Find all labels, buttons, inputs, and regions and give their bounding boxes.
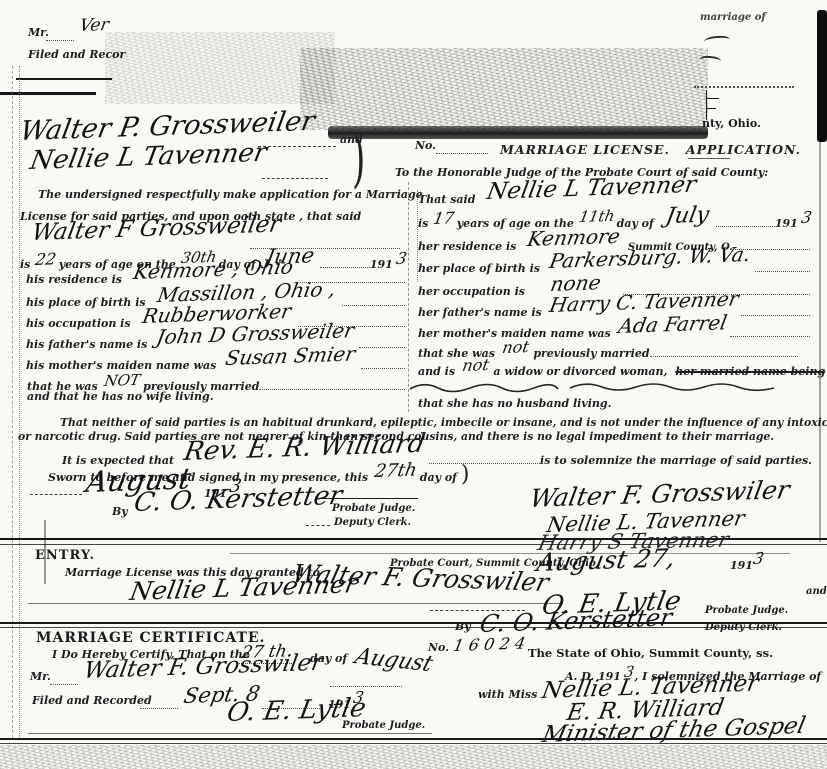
row-fill <box>730 322 810 337</box>
form-row-bride-mother: her mother's maiden name was Ada Farrel <box>418 320 810 340</box>
names-bracket: ) <box>352 122 365 195</box>
cert-filed-label: Filed and Recorded <box>32 694 152 707</box>
cert-judge-label: Probate Judge. <box>342 720 425 731</box>
that-said-label: That said <box>418 193 475 206</box>
entry-judge-label: Probate Judge. <box>705 605 788 616</box>
corner-tick-2 <box>706 108 716 109</box>
cert-no-label: No. <box>428 641 449 654</box>
scan-edge-line <box>819 142 821 542</box>
row-label: her place of birth is <box>418 262 540 275</box>
prev-fill <box>650 342 798 357</box>
age-fill <box>716 212 775 227</box>
header-bride-line <box>262 176 328 179</box>
widow-pre: and is <box>418 365 455 378</box>
entry-border-top-1 <box>0 538 827 540</box>
row-label: his occupation is <box>26 317 131 330</box>
margin-line-2 <box>19 66 20 738</box>
margin-line-1 <box>12 66 13 738</box>
widow-post: a widow or divorced woman, <box>493 365 667 378</box>
row-value-hw: Susan Smier <box>224 344 357 368</box>
header-groom-name: Walter P. Grossweiler <box>18 108 317 145</box>
row-label: her father's name is <box>418 306 542 319</box>
widow-row: and is not a widow or divorced woman, he… <box>418 362 810 378</box>
sworn-dayof: day of <box>420 471 457 484</box>
header-groom-line <box>258 144 336 147</box>
age-value-hw: 17 <box>432 210 455 227</box>
top-rule-1 <box>16 78 112 80</box>
row-label: her occupation is <box>418 285 525 298</box>
entry-border-top-2 <box>0 544 827 545</box>
prev-hw: not <box>501 339 530 356</box>
signature-groom: Walter F. Grosswiler <box>528 477 791 511</box>
row-label: his father's name is <box>26 338 147 351</box>
sworn-day-hw: 27th <box>373 462 418 481</box>
smudge-band <box>328 126 708 139</box>
cert-heading: MARRIAGE CERTIFICATE. <box>36 630 265 646</box>
age-year-hw: 3 <box>395 251 408 267</box>
entry-year-printed: 191 <box>730 559 753 572</box>
entry-date-hw: August 27, <box>535 545 677 575</box>
sworn-month-line <box>30 492 82 495</box>
struck-married-name: her married name being <box>675 365 825 378</box>
sworn-paren: ) <box>461 462 470 487</box>
scan-edge-bar <box>817 10 827 142</box>
clerk-signature-hw: C. O. Kerstetter <box>132 483 344 516</box>
bride-name-handwriting: Nellie L Tavenner <box>485 174 698 204</box>
clerk-box-dash <box>306 523 330 526</box>
form-row-bride-father: her father's name is Harry C. Tavenner <box>418 299 810 319</box>
groom-name-handwriting: Walter F Grossweiler <box>30 213 282 245</box>
row-value-hw: Ada Farrel <box>617 312 729 336</box>
prev-post: previously married <box>533 347 649 360</box>
cert-state-line: The State of Ohio, Summit County, ss. <box>528 646 773 660</box>
no-husband-clause: that she has no husband living. <box>418 397 611 410</box>
by-label: By <box>112 505 128 518</box>
form-row-mother: his mother's maiden name was Susan Smier <box>26 352 405 372</box>
entry-head-line <box>230 553 790 554</box>
row-fill <box>342 291 405 306</box>
top-rule-2 <box>0 92 96 95</box>
top-mr-line <box>46 38 74 41</box>
clerk-box-line <box>322 498 418 499</box>
corner-fragment-marriage: marriage of <box>700 12 766 23</box>
corner-fragment-county: nty, Ohio. <box>702 117 761 130</box>
smudge-dark <box>300 48 708 130</box>
entry-clerk-hw: C. O. Kerstetter <box>478 605 674 636</box>
cert-groom-hw: Walter F. Grosswiler <box>82 652 324 683</box>
age-day-hw: 11th <box>578 209 616 225</box>
app-intro-1: The undersigned respectfully make applic… <box>38 188 423 201</box>
row-fill <box>755 257 810 272</box>
affidavit-clause-1: That neither of said parties is an habit… <box>60 416 827 429</box>
bottom-noise-band <box>0 745 827 769</box>
strike-squiggle <box>408 379 788 395</box>
cert-no-hw: 1 6 0 2 4 <box>452 636 527 654</box>
header-bride-name: Nellie L Tavenner <box>28 140 269 174</box>
cert-border-top-1 <box>0 622 827 624</box>
widow-hw: not <box>461 357 490 374</box>
scanned-marriage-record: Mr. Ver Filed and Recor marriage of nty,… <box>0 0 827 769</box>
cert-bottom-line <box>28 733 432 734</box>
age-pre: is <box>418 217 428 230</box>
corner-dots <box>694 84 794 88</box>
row-label: his residence is <box>26 273 122 286</box>
age-year-hw: 3 <box>800 210 813 226</box>
cert-border-bottom-2 <box>0 743 827 744</box>
corner-tick-line <box>706 90 707 120</box>
expected-post: is to solemnize the marriage of said par… <box>540 454 812 467</box>
cert-filed-line-1 <box>140 706 178 709</box>
row-fill <box>359 333 405 348</box>
cert-with-label: with Miss <box>478 688 537 701</box>
entry-bride-hw: Nellie L Tavenner <box>128 571 359 604</box>
entry-heading: ENTRY. <box>35 548 95 563</box>
prev-hw: NOT <box>103 373 141 389</box>
row-fill <box>741 301 810 316</box>
cert-mr-line <box>50 682 78 685</box>
corner-tick-1 <box>706 98 719 99</box>
form-row-bride-birthplace: her place of birth is Parkersburg. W. Va… <box>418 255 810 275</box>
title-underline <box>688 158 730 159</box>
cert-mr-label: Mr. <box>30 670 51 683</box>
no-wife-clause: and that he has no wife living. <box>27 390 214 403</box>
cert-border-bottom-1 <box>0 738 827 740</box>
entry-and-label: and <box>806 586 827 597</box>
cert-month-hw: August <box>352 646 435 676</box>
probate-judge-label: Probate Judge. <box>332 503 415 514</box>
deputy-clerk-label: Deputy Clerk. <box>334 517 411 528</box>
column-separator <box>408 182 409 412</box>
row-label: his place of birth is <box>26 296 146 309</box>
row-label: his mother's maiden name was <box>26 359 216 372</box>
age-year-printed: 191 <box>775 217 798 230</box>
prev-fill <box>259 375 405 390</box>
row-fill <box>361 354 405 369</box>
age-month-hw: July <box>664 205 711 228</box>
entry-year-hw: 3 <box>752 551 765 567</box>
row-value-hw: Parkersburg. W. Va. <box>548 244 752 271</box>
row-value-hw: Kenmore <box>526 226 622 249</box>
cert-groom-fill <box>330 684 402 687</box>
entry-writing-line <box>28 603 563 604</box>
bride-name-row: That said Nellie L Tavenner <box>418 185 810 208</box>
header-no-line <box>436 151 488 154</box>
header-no-label: No. <box>415 139 436 152</box>
corner-squiggle-1 <box>704 35 731 46</box>
row-label: her residence is <box>418 240 516 253</box>
form-title: MARRIAGE LICENSE. APPLICATION. <box>500 142 801 157</box>
cert-border-top-2 <box>0 627 827 628</box>
